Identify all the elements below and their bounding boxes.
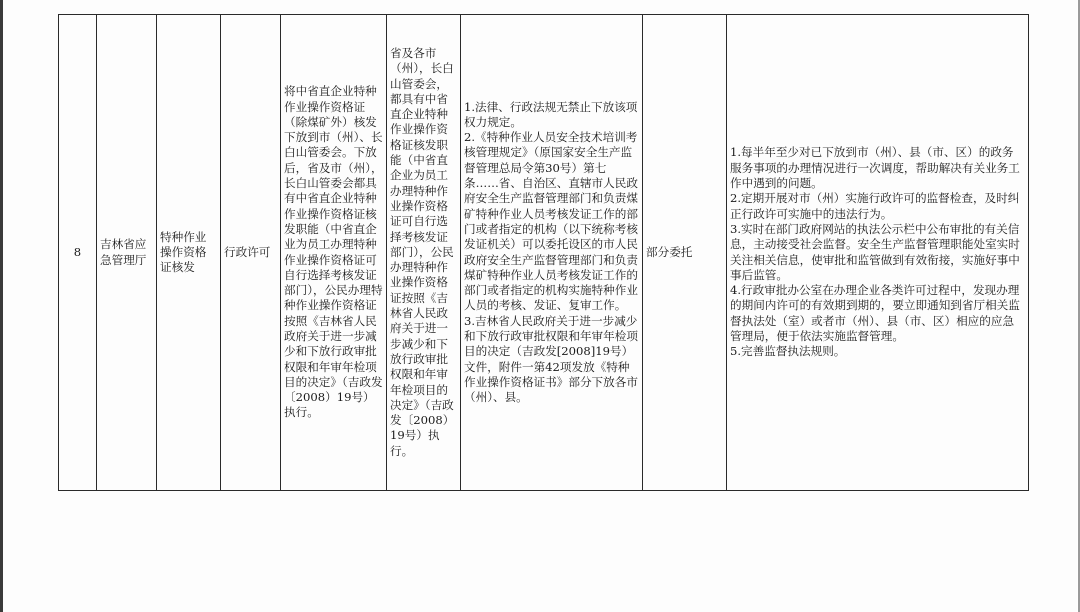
measure-item: 2.定期开展对市（州）实施行政许可的监督检查，及时纠正行政许可实施中的违法行为。 [730,191,1025,222]
legal-basis-cell: 1.法律、行政法规无禁止下放该项权力规定。 2.《特种作业人员安全技术培训考核管… [461,15,643,491]
document-page: 8 吉林省应急管理厅 特种作业操作资格证核发 行政许可 将中省直企业特种作业操作… [3,0,1077,612]
delegation-mode-cell: 部分委托 [643,15,727,491]
legal-basis-item: 2.《特种作业人员安全技术培训考核管理规定》（原国家安全生产监督管理总局令第30… [464,130,639,314]
row-index: 8 [59,15,97,491]
agency-cell: 吉林省应急管理厅 [97,15,157,491]
measure-item: 1.每半年至少对已下放到市（州）、县（市、区）的政务服务事项的办理情况进行一次调… [730,145,1025,191]
table-row: 8 吉林省应急管理厅 特种作业操作资格证核发 行政许可 将中省直企业特种作业操作… [59,15,1029,491]
measure-item: 4.行政审批办公室在办理企业各类许可过程中，发现办理的期间内许可的有效期到期的，… [730,283,1025,344]
receiving-entity-cell: 省及各市（州），长白山管委会，都具有中省直企业特种作业操作资格证核发职能（中省直… [387,15,461,491]
measure-item: 3.实时在部门政府网站的执法公示栏中公布审批的有关信息，主动接受社会监督。安全生… [730,222,1025,283]
supervision-measures-cell: 1.每半年至少对已下放到市（州）、县（市、区）的政务服务事项的办理情况进行一次调… [727,15,1029,491]
measure-item: 5.完善监督执法规则。 [730,344,1025,359]
power-type-cell: 行政许可 [221,15,281,491]
item-name-cell: 特种作业操作资格证核发 [157,15,221,491]
legal-basis-item: 1.法律、行政法规无禁止下放该项权力规定。 [464,100,639,131]
delegation-table: 8 吉林省应急管理厅 特种作业操作资格证核发 行政许可 将中省直企业特种作业操作… [58,14,1029,491]
delegation-content-cell: 将中省直企业特种作业操作资格证（除煤矿外）核发下放到市（州）、长白山管委会。下放… [281,15,387,491]
legal-basis-item: 3.吉林省人民政府关于进一步减少和下放行政审批权限和年审年检项目的决定（吉政发[… [464,314,639,406]
